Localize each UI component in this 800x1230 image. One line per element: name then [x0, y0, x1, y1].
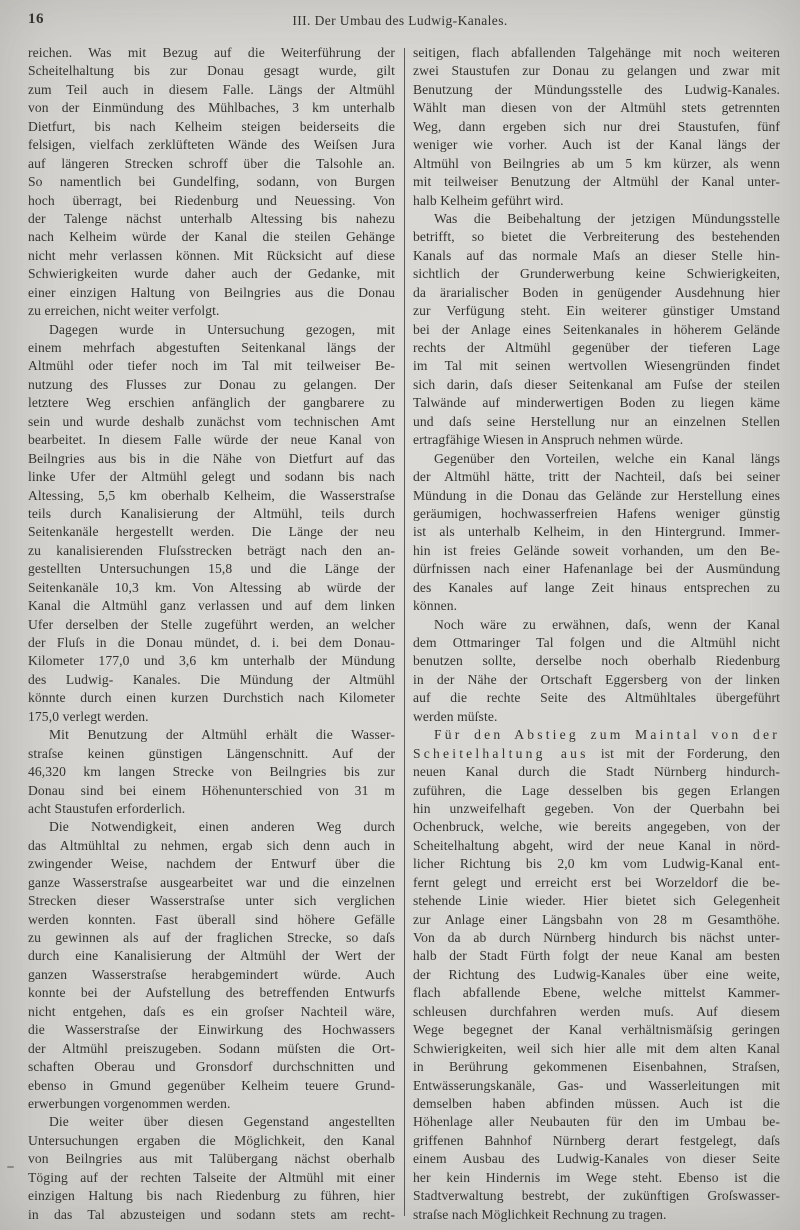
text-line: griffenen Bahnhof Nürnberg derart festge…: [413, 1132, 780, 1150]
text-line: Strecken dieser Wasserstraſse unter sich…: [28, 892, 395, 910]
text-line: dem Ottmaringer Tal folgen und die Altmü…: [413, 634, 780, 652]
letterspaced-text: Für den Abstieg zum Maintal von der: [434, 727, 780, 742]
running-title: III. Der Umbau des Ludwig-Kanales.: [28, 10, 772, 29]
text-line: der Altmühl hätte, tritt der Nachteil, d…: [413, 468, 780, 486]
text-columns: reichen. Was mit Bezug auf die Weiterfüh…: [28, 44, 780, 1224]
text-line: ist als unterhalb Kelheim, in den Hinter…: [413, 523, 780, 541]
text-line: können.: [413, 597, 780, 615]
text-line: im Tal mit seinen wertvollen Wiesengründ…: [413, 357, 780, 375]
text-line: sichtlich der Grunderwerbung keine Schwi…: [413, 265, 780, 283]
text-line: ganze Wasserstraſse ausgearbeitet war un…: [28, 874, 395, 892]
text-line: und daſs seine Herstellung nur an einzel…: [413, 413, 780, 431]
text-line: schleusen durchfahren werden muſs. Auf d…: [413, 1003, 780, 1021]
text-line: Scheitelhaltung abgeht, wird der neue Ka…: [413, 837, 780, 855]
text-line: Seitenkanäle 10,3 km. Von Altessing ab w…: [28, 579, 395, 597]
text-line: flach abfallende Ebene, welche mittelst …: [413, 984, 780, 1002]
text-line: halb Kelheim geführt wird.: [413, 192, 780, 210]
text-line: So namentlich bei Gundelfing, sodann, vo…: [28, 173, 395, 191]
text-line: Töging auf der rechten Talseite der Altm…: [28, 1169, 395, 1187]
text-line: hoch überragt, bei Riedenburg und Neuess…: [28, 192, 395, 210]
text-line: des Ludwig- Kanales. Die Mündung der Alt…: [28, 671, 395, 689]
text-line: von der Einmündung des Mühlbaches, 3 km …: [28, 99, 395, 117]
text-line: Was die Beibehaltung der jetzigen Mündun…: [413, 210, 780, 228]
text-line: 46,320 km langen Strecke von Beilngries …: [28, 763, 395, 781]
text-line: auf längeren Strecken schroff über die T…: [28, 155, 395, 173]
text-line: werden konnten. Fast überall sind höhere…: [28, 911, 395, 929]
text-line: der Fluſs in die Donau mündet, d. i. bei…: [28, 634, 395, 652]
text-line: könnte durch einen kurzen Durchstich nac…: [28, 689, 395, 707]
text-line: zu kanalisierenden Fluſsstrecken beträgt…: [28, 542, 395, 560]
text-line: bearbeitet. In diesem Falle würde der ne…: [28, 431, 395, 449]
text-line: nicht mehr verlassen können. Mit Rücksic…: [28, 247, 395, 265]
text-line: nicht entgehen, daſs es ein groſser Nach…: [28, 1003, 395, 1021]
text-line: Schwierigkeiten wurde daher auch der Ged…: [28, 265, 395, 283]
text-line: durch eine Kanalisierung der Altmühl der…: [28, 947, 395, 965]
text-line: Kanal die Altmühl ganz verlassen und auf…: [28, 597, 395, 615]
text-line: Altmühl oder tiefer noch im Tal mit teil…: [28, 357, 395, 375]
text-line: Die weiter über diesen Gegenstand angest…: [28, 1113, 395, 1131]
text-line: zwei Staustufen zur Donau zu gelangen un…: [413, 62, 780, 80]
scan-speck: [7, 1166, 14, 1168]
text-line: der Richtung des Ludwig-Kanales über ein…: [413, 966, 780, 984]
text-line: in das Tal abzusteigen und sodann stets …: [28, 1206, 395, 1224]
text-line: Weg, dann ergeben sich nur drei Staustuf…: [413, 118, 780, 136]
text-line: demselben haben abfinden müssen. Auch is…: [413, 1095, 780, 1113]
text-line: Wählt man diesen von der Altmühl stets g…: [413, 99, 780, 117]
text-line: zwingender Weise, nachdem der Entwurf üb…: [28, 855, 395, 873]
text-line: das Altmühltal zu nehmen, ergab sich den…: [28, 837, 395, 855]
text-line: Stadtverwaltung bestrebt, der zukünftige…: [413, 1187, 780, 1205]
text-line: Von da ab durch Nürnberg hindurch bis nä…: [413, 929, 780, 947]
text-line: Für den Abstieg zum Maintal von der: [413, 726, 780, 744]
text-line: einem mehrfach abgestuften Seitenkanal l…: [28, 339, 395, 357]
text-line: Kilometer 177,0 und 3,6 km unterhalb der…: [28, 652, 395, 670]
text-line: zum Teil auch in diesem Falle. Längs der…: [28, 81, 395, 99]
text-line: Noch wäre zu erwähnen, daſs, wenn der Ka…: [413, 616, 780, 634]
text-line: weniger wie vorher. Auch ist der Kanal l…: [413, 136, 780, 154]
text-line: ebenso in Gmund gegenüber Kelheim teuere…: [28, 1077, 395, 1095]
text-line: werden müſste.: [413, 708, 780, 726]
text-line: der Altmühl preiszugeben. Sodann müſsten…: [28, 1040, 395, 1058]
text-line: Altessing, 5,5 km oberhalb Kelheim, die …: [28, 487, 395, 505]
text-line: rechts der Altmühl gegenüber der tiefere…: [413, 339, 780, 357]
text-line: Beilngries aus bis in die Nähe von Dietf…: [28, 450, 395, 468]
text-line: bei der Anlage eines Seitenkanales in hö…: [413, 321, 780, 339]
text-line: ganzen Wasserstraſse herabgemindert würd…: [28, 966, 395, 984]
text-line: einzigen Haltung bis nach Riedenburg zu …: [28, 1187, 395, 1205]
text-line: betrifft, so bietet die Verbreiterung de…: [413, 228, 780, 246]
text-line: die Wasserstraſse der Einwirkung des Hoc…: [28, 1021, 395, 1039]
text-line: linke Ufer der Altmühl gelegt und sodann…: [28, 468, 395, 486]
text-line: seitigen, flach abfallenden Talgehänge m…: [413, 44, 780, 62]
text-line: einem Ausbau des Ludwig-Kanales von dies…: [413, 1150, 780, 1168]
text-line: Dagegen wurde in Untersuchung gezogen, m…: [28, 321, 395, 339]
text-line: geräumigen, hochwasserfreien Hafens weni…: [413, 505, 780, 523]
text-line: straſse nach Möglichkeit Rechnung zu tra…: [413, 1206, 780, 1224]
right-column: seitigen, flach abfallenden Talgehänge m…: [413, 44, 780, 1224]
text-line: felsigen, vielfach zerklüfteten Wände de…: [28, 136, 395, 154]
text-line: zur Anlage einer Längsbahn von 28 m Gesa…: [413, 911, 780, 929]
text-line: Kanals auf das normale Maſs an dieser St…: [413, 247, 780, 265]
text-line: Ufer derselben der Stelle zugeführt werd…: [28, 616, 395, 634]
text-line: halb der Stadt Fürth folgt der neue Kana…: [413, 947, 780, 965]
text-line: Die Notwendigkeit, einen anderen Weg dur…: [28, 818, 395, 836]
text-line: Donau sind bei einem Höhenunterschied vo…: [28, 782, 395, 800]
text-line: Gegenüber den Vorteilen, welche ein Kana…: [413, 450, 780, 468]
text-line: in der Nähe der Ortschaft Eggersberg von…: [413, 671, 780, 689]
text-line: Mit Benutzung der Altmühl erhält die Was…: [28, 726, 395, 744]
text-line: des Kanales auf lange Zeit hinaus entspr…: [413, 579, 780, 597]
text-line: mit teilweiser Benutzung der Altmühl der…: [413, 173, 780, 191]
text-line: 175,0 verlegt werden.: [28, 708, 395, 726]
text-line: schaften Oberau und Gronsdorf durchschni…: [28, 1058, 395, 1076]
text-line: straſse keinen günstigen Längenschnitt. …: [28, 745, 395, 763]
text-line: stehende Linie wieder. Hier bietet sich …: [413, 892, 780, 910]
text-line: Höhenlage aller Neubauten für den im Umb…: [413, 1113, 780, 1131]
text-line: fernt gelegt und erreicht erst bei Worze…: [413, 874, 780, 892]
text-line: Dietfurt, bis nach Kelheim steigen beide…: [28, 118, 395, 136]
text-line: teils durch Kanalisierung der Altmühl, t…: [28, 505, 395, 523]
text-line: Seitenkanäle hergestellt werden. Die Län…: [28, 523, 395, 541]
page-header: 16 III. Der Umbau des Ludwig-Kanales.: [28, 10, 772, 34]
text-line: konnte bei der Aufstellung des betreffen…: [28, 984, 395, 1002]
text-line: Benutzung der Mündungsstelle des Ludwig-…: [413, 81, 780, 99]
text-line: zur Verfügung steht. Ein weiterer günsti…: [413, 302, 780, 320]
text-line: dürfnissen nach einer Hafenanlage bei de…: [413, 560, 780, 578]
text-line: Mündung in die Donau das Gelände zur Her…: [413, 487, 780, 505]
text-line: hin unzweifelhaft gegeben. Von der Querb…: [413, 800, 780, 818]
page-number: 16: [28, 11, 44, 28]
text-span: ist mit der Forderung, den: [589, 746, 780, 761]
text-line: Scheitelhaltung aus ist mit der Forderun…: [413, 745, 780, 763]
text-line: neuen Kanal durch die Stadt Nürnberg hin…: [413, 763, 780, 781]
text-line: letztere Weg erschien anfänglich der gan…: [28, 394, 395, 412]
letterspaced-text: Scheitelhaltung aus: [413, 746, 589, 761]
text-line: zuführen, die Lage desselben bis gegen E…: [413, 782, 780, 800]
text-line: sich darin, daſs dieser Seitenkanal am F…: [413, 376, 780, 394]
text-line: Altmühl von Beilngries ab um 5 km kürzer…: [413, 155, 780, 173]
text-line: Ochenbruck, welche, wie bereits angegebe…: [413, 818, 780, 836]
text-line: Schwierigkeiten, weil sich hier alle mit…: [413, 1040, 780, 1058]
text-line: in Berührung gekommenen Eisenbahnen, Str…: [413, 1058, 780, 1076]
text-line: der Talenge nächst unterhalb Altessing b…: [28, 210, 395, 228]
text-line: benutzen sollte, derselbe noch oberhalb …: [413, 652, 780, 670]
text-line: Scheitelhaltung bis zur Donau gesagt wur…: [28, 62, 395, 80]
text-line: Wege begegnet der Kanal verhältnismäſsig…: [413, 1021, 780, 1039]
text-line: nach Kelheim würde der Kanal die steilen…: [28, 228, 395, 246]
text-line: her kein Hindernis im Wege steht. Ebenso…: [413, 1169, 780, 1187]
text-line: acht Staustufen erforderlich.: [28, 800, 395, 818]
text-line: einer einzigen Haltung von Beilngries au…: [28, 284, 395, 302]
text-line: Untersuchungen ergaben die Möglichkeit, …: [28, 1132, 395, 1150]
text-line: nutzung des Flusses zur Donau zu gelange…: [28, 376, 395, 394]
text-line: sein und wurde deshalb zunächst vom tech…: [28, 413, 395, 431]
text-line: gestellten Untersuchungen 15,8 und die L…: [28, 560, 395, 578]
text-line: von Beilngries aus mit Talübergang nächs…: [28, 1150, 395, 1168]
text-line: hin ist freies Gelände soweit vorhanden,…: [413, 542, 780, 560]
text-line: licher Richtung bis 2,0 km vom Ludwig-Ka…: [413, 855, 780, 873]
scanned-book-page: 16 III. Der Umbau des Ludwig-Kanales. re…: [0, 0, 800, 1230]
text-line: auf die rechte Seite des Altmühltales üb…: [413, 689, 780, 707]
text-line: da ärarialischer Boden in genügender Aus…: [413, 284, 780, 302]
text-line: zu gewinnen als auf der fraglichen Strec…: [28, 929, 395, 947]
text-line: reichen. Was mit Bezug auf die Weiterfüh…: [28, 44, 395, 62]
left-column: reichen. Was mit Bezug auf die Weiterfüh…: [28, 44, 395, 1224]
column-divider-rule: [404, 48, 405, 1216]
text-line: Talwände auf minderwertigen Boden zu lie…: [413, 394, 780, 412]
text-line: erwerbungen vorgenommen werden.: [28, 1095, 395, 1113]
text-line: zu erreichen, nicht weiter verfolgt.: [28, 302, 395, 320]
text-line: Entwässerungskanäle, Gas- und Wasserleit…: [413, 1077, 780, 1095]
text-line: ertragfähige Wiesen in Anspruch nehmen w…: [413, 431, 780, 449]
